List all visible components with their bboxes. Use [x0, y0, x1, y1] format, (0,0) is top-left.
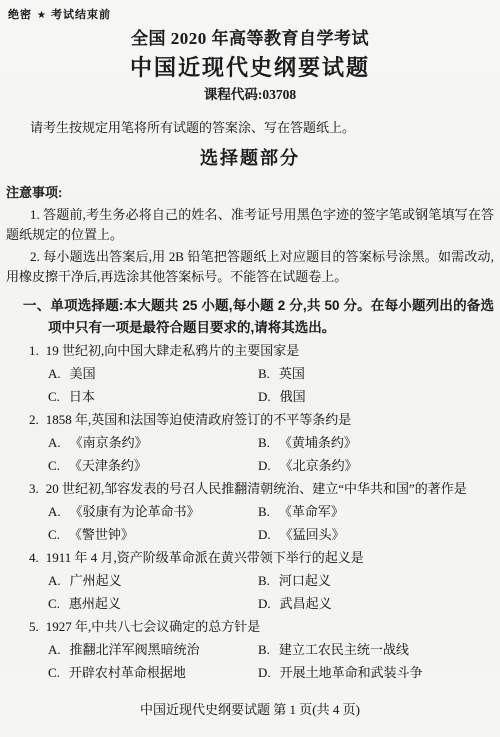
option-a: A.推翻北洋军阀黑暗统治 — [48, 638, 258, 661]
option-label: D. — [258, 665, 271, 680]
option-label: B. — [258, 642, 270, 657]
question-stem: 19 世纪初,向中国大肆走私鸦片的主要国家是 — [46, 343, 300, 358]
classification-banner: 绝密★考试结束前 — [8, 8, 494, 23]
question-stem: 20 世纪初,邹容发表的号召人民推翻清朝统治、建立“中华共和国”的著作是 — [46, 481, 467, 496]
option-text: 日本 — [69, 389, 95, 404]
option-label: A. — [48, 642, 61, 657]
classification-level: 绝密 — [8, 9, 32, 21]
option-c: C.开辟农村革命根据地 — [48, 661, 258, 684]
note-item-2: 2. 每小题选出答案后,用 2B 铅笔把答题纸上对应题目的答案标号涂黑。如需改动… — [6, 247, 494, 287]
option-label: C. — [48, 527, 60, 542]
question-4-text: 4.1911 年 4 月,资产阶级革命派在黄兴带领下举行的起义是 — [6, 546, 494, 569]
section-title: 选择题部分 — [6, 146, 494, 171]
option-label: A. — [48, 504, 61, 519]
option-label: D. — [258, 389, 271, 404]
candidate-instruction: 请考生按规定用笔将所有试题的答案涂、写在答题纸上。 — [6, 118, 494, 138]
option-text: 开辟农村革命根据地 — [69, 665, 186, 680]
question-2-options: A.《南京条约》 B.《黄埔条约》 C.《天津条约》 D.《北京条约》 — [6, 431, 494, 477]
option-text: 《猛回头》 — [280, 527, 345, 542]
course-code: 课程代码:03708 — [6, 85, 494, 104]
option-label: D. — [258, 596, 271, 611]
option-c: C.日本 — [48, 385, 258, 408]
option-d: D.《猛回头》 — [258, 523, 494, 546]
question-1-options: A.美国 B.英国 C.日本 D.俄国 — [6, 362, 494, 408]
question-number: 5. — [29, 619, 39, 634]
option-text: 广州起义 — [70, 573, 122, 588]
question-5: 5.1927 年,中共八七会议确定的总方针是 A.推翻北洋军阀黑暗统治 B.建立… — [6, 615, 494, 684]
question-1: 1.19 世纪初,向中国大肆走私鸦片的主要国家是 A.美国 B.英国 C.日本 … — [6, 339, 494, 408]
option-a: A.广州起义 — [48, 569, 258, 592]
question-stem: 1858 年,英国和法国等迫使清政府签订的不平等条约是 — [46, 412, 352, 427]
option-label: D. — [258, 527, 271, 542]
question-5-text: 5.1927 年,中共八七会议确定的总方针是 — [6, 615, 494, 638]
option-d: D.开展土地革命和武装斗争 — [258, 661, 494, 684]
question-1-text: 1.19 世纪初,向中国大肆走私鸦片的主要国家是 — [6, 339, 494, 362]
question-2-text: 2.1858 年,英国和法国等迫使清政府签订的不平等条约是 — [6, 408, 494, 431]
option-label: B. — [258, 504, 270, 519]
option-b: B.《黄埔条约》 — [258, 431, 494, 454]
option-label: C. — [48, 596, 60, 611]
option-text: 推翻北洋军阀黑暗统治 — [70, 642, 200, 657]
option-label: A. — [48, 366, 61, 381]
option-a: A.《南京条约》 — [48, 431, 258, 454]
option-text: 英国 — [279, 366, 305, 381]
option-d: D.武昌起义 — [258, 592, 494, 615]
question-number: 4. — [29, 550, 39, 565]
exam-title: 全国 2020 年高等教育自学考试 — [6, 27, 494, 51]
option-label: C. — [48, 389, 60, 404]
option-c: C.《警世钟》 — [48, 523, 258, 546]
option-label: D. — [258, 458, 271, 473]
option-text: 俄国 — [280, 389, 306, 404]
notes-heading: 注意事项: — [6, 182, 494, 203]
option-b: B.英国 — [258, 362, 494, 385]
option-text: 建立工农民主统一战线 — [279, 642, 409, 657]
option-a: A.美国 — [48, 362, 258, 385]
question-3: 3.20 世纪初,邹容发表的号召人民推翻清朝统治、建立“中华共和国”的著作是 A… — [6, 477, 494, 546]
question-number: 1. — [29, 343, 39, 358]
option-c: C.《天津条约》 — [48, 454, 258, 477]
option-text: 《革命军》 — [279, 504, 344, 519]
option-text: 惠州起义 — [69, 596, 121, 611]
option-label: C. — [48, 458, 60, 473]
option-text: 《北京条约》 — [280, 458, 358, 473]
option-b: B.《革命军》 — [258, 500, 494, 523]
question-5-options: A.推翻北洋军阀黑暗统治 B.建立工农民主统一战线 C.开辟农村革命根据地 D.… — [6, 638, 494, 684]
option-label: A. — [48, 435, 61, 450]
option-text: 开展土地革命和武装斗争 — [280, 665, 423, 680]
option-a: A.《驳康有为论革命书》 — [48, 500, 258, 523]
question-3-text: 3.20 世纪初,邹容发表的号召人民推翻清朝统治、建立“中华共和国”的著作是 — [6, 477, 494, 500]
option-label: B. — [258, 573, 270, 588]
option-text: 美国 — [70, 366, 96, 381]
paper-title: 中国近现代史纲要试题 — [6, 53, 494, 83]
part1-heading: 一、单项选择题:本大题共 25 小题,每小题 2 分,共 50 分。在每小题列出… — [23, 295, 494, 339]
option-text: 《天津条约》 — [69, 458, 147, 473]
option-b: B.河口起义 — [258, 569, 494, 592]
question-stem: 1911 年 4 月,资产阶级革命派在黄兴带领下举行的起义是 — [46, 550, 364, 565]
question-4-options: A.广州起义 B.河口起义 C.惠州起义 D.武昌起义 — [6, 569, 494, 615]
star-icon: ★ — [37, 10, 46, 21]
option-label: C. — [48, 665, 60, 680]
option-label: A. — [48, 573, 61, 588]
option-text: 《黄埔条约》 — [279, 435, 357, 450]
option-text: 《南京条约》 — [70, 435, 148, 450]
question-stem: 1927 年,中共八七会议确定的总方针是 — [46, 619, 261, 634]
option-text: 河口起义 — [279, 573, 331, 588]
option-text: 《警世钟》 — [69, 527, 134, 542]
option-d: D.俄国 — [258, 385, 494, 408]
question-number: 2. — [29, 412, 39, 427]
option-c: C.惠州起义 — [48, 592, 258, 615]
question-4: 4.1911 年 4 月,资产阶级革命派在黄兴带领下举行的起义是 A.广州起义 … — [6, 546, 494, 615]
option-text: 武昌起义 — [280, 596, 332, 611]
option-d: D.《北京条约》 — [258, 454, 494, 477]
option-b: B.建立工农民主统一战线 — [258, 638, 494, 661]
option-label: B. — [258, 366, 270, 381]
classification-note: 考试结束前 — [51, 9, 111, 21]
option-label: B. — [258, 435, 270, 450]
note-item-1: 1. 答题前,考生务必将自己的姓名、准考证号用黑色字迹的签字笔或钢笔填写在答题纸… — [6, 205, 494, 245]
option-text: 《驳康有为论革命书》 — [70, 504, 200, 519]
question-2: 2.1858 年,英国和法国等迫使清政府签订的不平等条约是 A.《南京条约》 B… — [6, 408, 494, 477]
exam-paper-page: 绝密★考试结束前 全国 2020 年高等教育自学考试 中国近现代史纲要试题 课程… — [0, 0, 500, 737]
question-number: 3. — [29, 481, 39, 496]
page-footer: 中国近现代史纲要试题 第 1 页(共 4 页) — [0, 701, 500, 719]
question-3-options: A.《驳康有为论革命书》 B.《革命军》 C.《警世钟》 D.《猛回头》 — [6, 500, 494, 546]
